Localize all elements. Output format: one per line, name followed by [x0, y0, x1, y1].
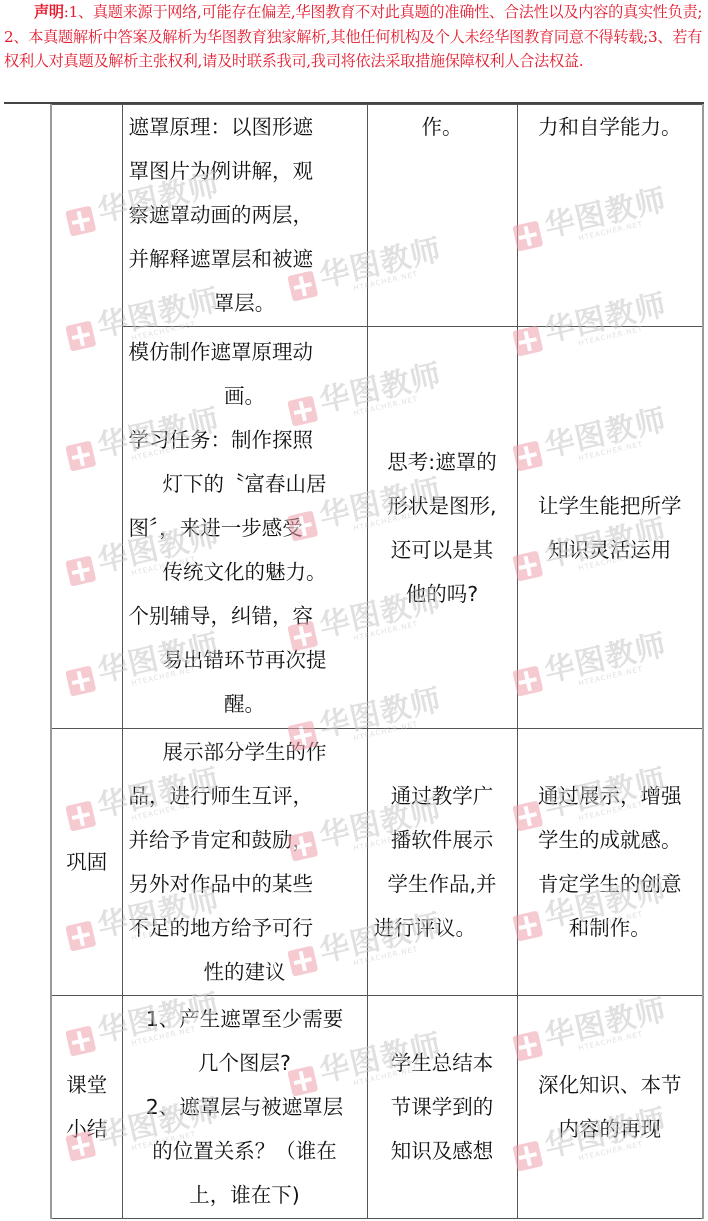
- cell-line: 还可以是其: [374, 528, 511, 572]
- cell-line: 并解释遮罩层和被遮: [129, 237, 361, 281]
- table-row: 巩固 展示部分学生的作 品，进行师生互评， 并给予肯定和鼓励， 另外对作品中的某…: [51, 729, 703, 996]
- cell-line: 力和自学能力。: [524, 105, 697, 149]
- lesson-plan-table: 遮罩原理：以图形遮 罩图片为例讲解，观 察遮罩动画的两层， 并解释遮罩层和被遮 …: [50, 104, 704, 1219]
- cell-line: 通过教学广: [374, 774, 511, 818]
- cell-line: 不足的地方给予可行: [129, 906, 361, 950]
- cell-line: 上，谁在下): [129, 1173, 361, 1217]
- design-intent-cell: 深化知识、本节 内容的再现: [517, 996, 703, 1219]
- cell-line: 模仿制作遮罩原理动: [129, 330, 361, 374]
- student-activity-cell: 通过教学广 播软件展示 学生作品,并 进行评议。: [367, 729, 517, 996]
- cell-line: 醒。: [129, 682, 361, 726]
- cell-line: 画。: [129, 374, 361, 418]
- cell-line: 展示部分学生的作: [129, 730, 361, 774]
- phase-cell: 课堂 小结: [51, 996, 122, 1219]
- design-intent-cell: 通过展示，增强 学生的成就感。 肯定学生的创意 和制作。: [517, 729, 703, 996]
- cell-line: 通过展示，增强: [524, 774, 697, 818]
- cell-line: 学习任务：制作探照: [129, 418, 361, 462]
- teacher-activity-cell: 1、产生遮罩至少需要 几个图层? 2、遮罩层与被遮罩层 的位置关系？（谁在 上，…: [122, 996, 367, 1219]
- cell-line: 学生作品,并: [374, 862, 511, 906]
- cell-line: 罩层。: [129, 281, 361, 325]
- design-intent-cell: 力和自学能力。: [517, 105, 703, 327]
- cell-line: 的位置关系？（谁在: [129, 1129, 361, 1173]
- cell-line: 让学生能把所学: [524, 484, 697, 528]
- phase-cell: 巩固: [51, 729, 122, 996]
- copyright-notice: 声明:1、真题来源于网络,可能存在偏差,华图教育不对此真题的准确性、合法性以及内…: [4, 0, 704, 74]
- teacher-activity-cell: 模仿制作遮罩原理动 画。 学习任务：制作探照 灯下的〝富春山居 图〞，来进一步感…: [122, 327, 367, 729]
- cell-line: 1、产生遮罩至少需要: [129, 997, 361, 1041]
- cell-line: 作。: [374, 105, 511, 149]
- cell-line: 几个图层?: [129, 1041, 361, 1085]
- cell-line: 罩图片为例讲解，观: [129, 149, 361, 193]
- cell-line: 易出错环节再次提: [129, 638, 361, 682]
- cell-line: 察遮罩动画的两层，: [129, 193, 361, 237]
- cell-line: 和制作。: [524, 906, 697, 950]
- phase-cell: [51, 105, 122, 729]
- cell-line: 遮罩原理：以图形遮: [129, 105, 361, 149]
- cell-line: 灯下的〝富春山居: [129, 462, 361, 506]
- cell-line: 肯定学生的创意: [524, 862, 697, 906]
- cell-line: 节课学到的: [374, 1085, 511, 1129]
- cell-line: 个别辅导，纠错，容: [129, 594, 361, 638]
- cell-line: 内容的再现: [524, 1107, 697, 1151]
- cell-line: 思考:遮罩的: [374, 440, 511, 484]
- cell-line: 图〞，来进一步感受: [129, 506, 361, 550]
- table-row: 遮罩原理：以图形遮 罩图片为例讲解，观 察遮罩动画的两层， 并解释遮罩层和被遮 …: [51, 105, 703, 327]
- cell-line: 学生总结本: [374, 1041, 511, 1085]
- phase-label: 小结: [58, 1107, 116, 1151]
- cell-line: 并给予肯定和鼓励，: [129, 818, 361, 862]
- cell-line: 知识灵活运用: [524, 528, 697, 572]
- teacher-activity-cell: 展示部分学生的作 品，进行师生互评， 并给予肯定和鼓励， 另外对作品中的某些 不…: [122, 729, 367, 996]
- cell-line: 他的吗?: [374, 572, 511, 616]
- student-activity-cell: 思考:遮罩的 形状是图形, 还可以是其 他的吗?: [367, 327, 517, 729]
- teacher-activity-cell: 遮罩原理：以图形遮 罩图片为例讲解，观 察遮罩动画的两层， 并解释遮罩层和被遮 …: [122, 105, 367, 327]
- cell-line: 知识及感想: [374, 1129, 511, 1173]
- table-row: 模仿制作遮罩原理动 画。 学习任务：制作探照 灯下的〝富春山居 图〞，来进一步感…: [51, 327, 703, 729]
- cell-line: 传统文化的魅力。: [129, 550, 361, 594]
- cell-line: 2、遮罩层与被遮罩层: [129, 1085, 361, 1129]
- cell-line: 播软件展示: [374, 818, 511, 862]
- cell-line: 品，进行师生互评，: [129, 774, 361, 818]
- phase-label: 巩固: [58, 840, 116, 884]
- notice-text: :1、真题来源于网络,可能存在偏差,华图教育不对此真题的准确性、合法性以及内容的…: [4, 3, 702, 70]
- phase-label: 课堂: [58, 1063, 116, 1107]
- design-intent-cell: 让学生能把所学 知识灵活运用: [517, 327, 703, 729]
- student-activity-cell: 学生总结本 节课学到的 知识及感想: [367, 996, 517, 1219]
- cell-line: 进行评议。: [374, 906, 511, 950]
- cell-line: 学生的成就感。: [524, 818, 697, 862]
- table-row: 课堂 小结 1、产生遮罩至少需要 几个图层? 2、遮罩层与被遮罩层 的位置关系？…: [51, 996, 703, 1219]
- cell-line: 形状是图形,: [374, 484, 511, 528]
- cell-line: 另外对作品中的某些: [129, 862, 361, 906]
- notice-label: 声明: [34, 3, 64, 21]
- student-activity-cell: 作。: [367, 105, 517, 327]
- cell-line: 深化知识、本节: [524, 1063, 697, 1107]
- cell-line: 性的建议: [129, 950, 361, 994]
